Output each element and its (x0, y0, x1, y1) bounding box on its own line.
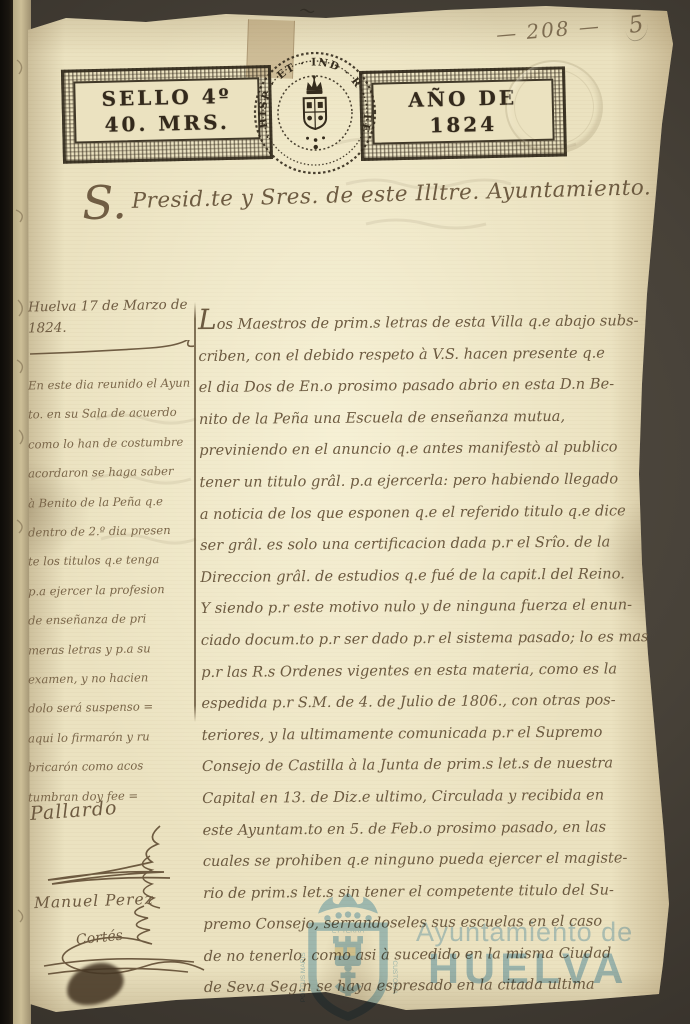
body-text-line: p.r las R.s Ordenes vigentes en esta mat… (201, 652, 671, 688)
huelva-shield-icon: ET TERRA PORTUS MARIS CUSTODIA (288, 893, 408, 1024)
body-text-line: espedida p.r S.M. de 4. de Julio de 1806… (201, 684, 671, 720)
margin-note-line: acordaron se haga saber (28, 457, 196, 489)
margin-note-line: examen, y no hacien (28, 663, 196, 695)
margin-note-line: dolo será suspenso = (28, 692, 196, 724)
stamp-class-label: SELLO 4º (83, 83, 250, 113)
body-text-line: tener un titulo grâl. p.a ejercerla: per… (199, 463, 669, 499)
margin-note: Huelva 17 de Marzo de 1824. En este dia … (28, 296, 196, 811)
body-text-line: cuales se prohiben q.e ninguno pueda eje… (203, 842, 673, 878)
tax-stamp: SELLO 4º 40. MRS. AÑO DE 1824 · HISP · E… (59, 44, 574, 184)
heading-initial: S. (81, 175, 127, 230)
embossed-dry-seal (505, 60, 603, 154)
body-text-line: teriores, y la ultimamente comunicada p.… (202, 716, 672, 752)
shield-motto-left: PORTUS MARIS (300, 952, 307, 1002)
margin-note-line: de enseñanza de pri (28, 604, 196, 636)
seal-base-dots (306, 136, 325, 149)
margin-note-line: to. en su Sala de acuerdo (28, 398, 196, 430)
pen-check-mark: 〜 (299, 0, 335, 20)
watermark-text-line2: HUELVA (428, 945, 628, 994)
body-text-line: Consejo de Castilla à la Junta de prim.s… (202, 747, 672, 783)
body-text-line: Direccion grâl. de estudios q.e fué de l… (200, 558, 670, 594)
tax-stamp-value-box: SELLO 4º 40. MRS. (61, 65, 273, 164)
archive-watermark: ET TERRA PORTUS MARIS CUSTODIA Ayuntamie… (288, 893, 648, 1024)
margin-note-line: dentro de 2.º dia presen (28, 516, 196, 548)
body-text-line: Y siendo p.r este motivo nulo y de ningu… (200, 589, 670, 625)
body-text-line: este Ayuntam.to en 5. de Feb.o prosimo p… (202, 810, 672, 846)
margin-note-line: bricarón como acos (28, 751, 196, 783)
margin-note-line: te los titulos q.e tenga (28, 545, 196, 577)
body-text-line: el dia Dos de En.o prosimo pasado abrio … (199, 368, 669, 404)
body-text-line: ciado docum.to p.r ser dado p.r el siste… (201, 621, 671, 657)
date-flourish (28, 340, 194, 358)
margin-note-lines: En este dia reunido el Ayunto. en su Sal… (28, 370, 196, 811)
seal-shield-icon (304, 98, 327, 129)
body-text-line: nito de la Peña una Escuela de enseñanza… (199, 400, 669, 436)
margin-note-line: à Benito de la Peña q.e (28, 486, 196, 518)
margin-rule (194, 302, 196, 722)
margin-note-line: como lo han de costumbre (28, 427, 196, 459)
body-text-line: Capital en 13. de Diz.e ultimo, Circulad… (202, 779, 672, 815)
margin-note-line: meras letras y p.a su (28, 633, 196, 665)
shield-motto-top: ET TERRA (332, 927, 365, 934)
body-text-line: criben, con el debido respeto à V.S. hac… (198, 337, 668, 373)
watermark-text-line1: Ayuntamiento de (416, 917, 633, 948)
seal-crown-icon (306, 75, 322, 94)
body-text-line: ser grâl. es solo una certificacion dada… (200, 526, 670, 562)
body-text-line: previniendo en el anuncio q.e antes mani… (199, 431, 669, 467)
stamp-price-label: 40. MRS. (84, 108, 251, 138)
body-text-line: Los Maestros de prim.s letras de esta Vi… (198, 300, 668, 341)
margin-note-line: En este dia reunido el Ayun (28, 369, 196, 401)
shield-motto-right: CUSTODIA (391, 960, 398, 994)
royal-seal-icon: · HISP · ET · IND · R · · FER · VII · D … (251, 49, 380, 178)
book-binding-gutter (0, 0, 13, 1024)
margin-note-line: p.a ejercer la profesion (28, 574, 196, 606)
margin-date-line1: Huelva 17 de Marzo de (28, 295, 196, 319)
margin-date-line2: 1824. (28, 316, 196, 340)
body-text-line: a noticia de los que esponen q.e el refe… (200, 495, 670, 531)
margin-note-line: aqui lo firmarón y ru (28, 721, 196, 753)
